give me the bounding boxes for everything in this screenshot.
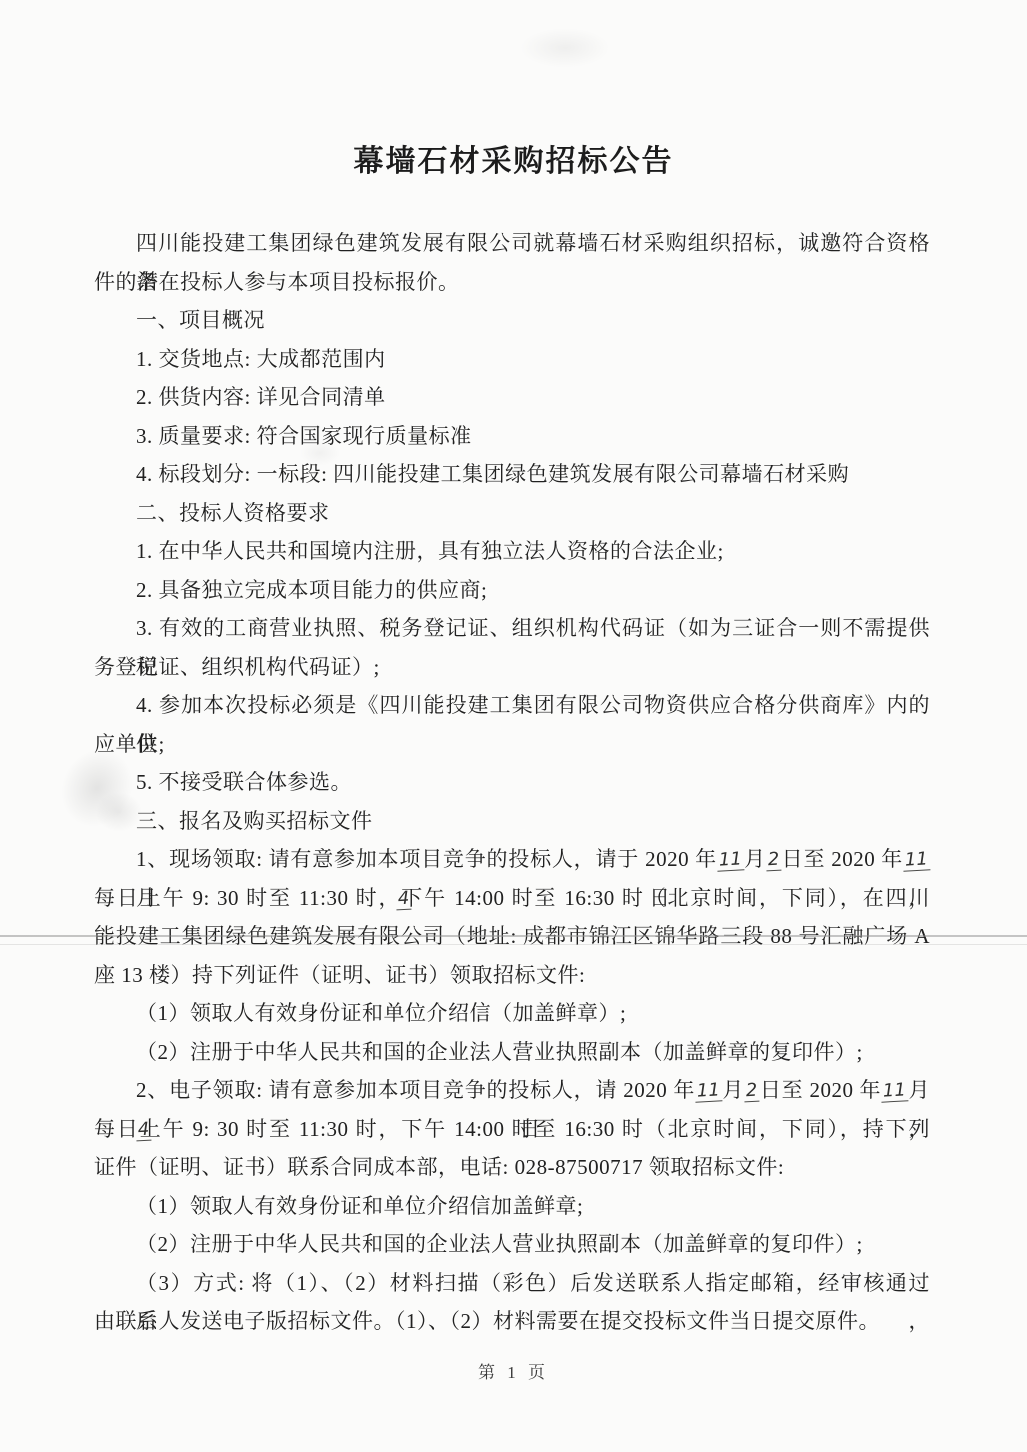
line-text: 一、项目概况	[136, 308, 265, 332]
document-body: 四川能投建工集团绿色建筑发展有限公司就幕墙石材采购组织招标，诚邀符合资格条件的潜…	[94, 224, 930, 1341]
handwritten-date-value: 11	[695, 1081, 723, 1102]
document-line: （1）领取人有效身份证和单位介绍信加盖鲜章;	[94, 1187, 930, 1226]
line-text: 4. 标段划分: 一标段: 四川能投建工集团绿色建筑发展有限公司幕墙石材采购	[136, 462, 849, 486]
line-text: 日至 2020 年	[760, 1078, 882, 1102]
line-text: 1、现场领取: 请有意参加本项目竞争的投标人，请于 2020 年	[136, 847, 717, 871]
document-line: 一、项目概况	[94, 301, 930, 340]
scanned-document-page: 幕墙石材采购招标公告 四川能投建工集团绿色建筑发展有限公司就幕墙石材采购组织招标…	[0, 0, 1027, 1452]
handwritten-date-value: 11	[903, 850, 931, 871]
document-line: 应单位;	[94, 725, 930, 764]
line-text: 2、电子领取: 请有意参加本项目竞争的投标人，请 2020 年	[136, 1078, 695, 1102]
document-line: 能投建工集团绿色建筑发展有限公司（地址: 成都市锦江区锦华路三段 88 号汇融广…	[94, 917, 930, 956]
line-text: 每日上午 9: 30 时至 11:30 时，下午 14:00 时至 16:30 …	[94, 1117, 930, 1141]
line-text: 2. 具备独立完成本项目能力的供应商;	[136, 578, 487, 602]
document-line: 二、投标人资格要求	[94, 494, 930, 533]
line-text: 能投建工集团绿色建筑发展有限公司（地址: 成都市锦江区锦华路三段 88 号汇融广…	[94, 924, 930, 948]
line-text: 座 13 楼）持下列证件（证明、证书）领取招标文件:	[94, 963, 585, 987]
line-text: 1. 在中华人民共和国境内注册，具有独立法人资格的合法企业;	[136, 539, 724, 563]
line-text: 日至 2020 年	[781, 847, 903, 871]
document-line: 座 13 楼）持下列证件（证明、证书）领取招标文件:	[94, 956, 930, 995]
document-line: 务登记证、组织机构代码证）;	[94, 648, 930, 687]
document-line: 1. 交货地点: 大成都范围内	[94, 340, 930, 379]
document-line: 3. 有效的工商营业执照、税务登记证、组织机构代码证（如为三证合一则不需提供税	[94, 609, 930, 648]
line-text: 月	[722, 1078, 744, 1102]
line-text: 月	[744, 847, 766, 871]
handwritten-date-value: 11	[881, 1081, 909, 1102]
line-text: 件的潜在投标人参与本项目投标报价。	[94, 270, 460, 294]
document-line: 件的潜在投标人参与本项目投标报价。	[94, 263, 930, 302]
document-line: 三、报名及购买招标文件	[94, 802, 930, 841]
line-text: （1）领取人有效身份证和单位介绍信加盖鲜章;	[136, 1194, 583, 1218]
document-line: 由联系人发送电子版招标文件。（1）、（2）材料需要在提交投标文件当日提交原件。	[94, 1302, 930, 1341]
line-text: 应单位;	[94, 732, 165, 756]
document-line: 1、现场领取: 请有意参加本项目竞争的投标人，请于 2020 年11月2日至 2…	[94, 840, 930, 879]
handwritten-date-value: 11	[716, 850, 744, 871]
line-text: 每日上午 9: 30 时至 11:30 时，下午 14:00 时至 16:30 …	[94, 886, 930, 910]
handwritten-date-value: 2	[765, 851, 781, 872]
line-text: 务登记证、组织机构代码证）;	[94, 655, 380, 679]
scan-smudge-artifact	[520, 28, 610, 68]
document-line: 3. 质量要求: 符合国家现行质量标准	[94, 417, 930, 456]
document-line: 每日上午 9: 30 时至 11:30 时，下午 14:00 时至 16:30 …	[94, 1110, 930, 1149]
handwritten-date-value: 4	[135, 1120, 151, 1141]
document-line: （3）方式: 将（1）、（2）材料扫描（彩色）后发送联系人指定邮箱，经审核通过后…	[94, 1264, 930, 1303]
line-text: 由联系人发送电子版招标文件。（1）、（2）材料需要在提交投标文件当日提交原件。	[94, 1309, 880, 1333]
line-text: 3. 质量要求: 符合国家现行质量标准	[136, 424, 472, 448]
document-line: 2. 供货内容: 详见合同清单	[94, 378, 930, 417]
line-text: （2）注册于中华人民共和国的企业法人营业执照副本（加盖鲜章的复印件）;	[136, 1040, 863, 1064]
page-number-footer: 第 1 页	[0, 1358, 1027, 1383]
document-line: 2. 具备独立完成本项目能力的供应商;	[94, 571, 930, 610]
document-line: 2、电子领取: 请有意参加本项目竞争的投标人，请 2020 年11月2日至 20…	[94, 1071, 930, 1110]
line-text: 三、报名及购买招标文件	[136, 809, 373, 833]
line-text: 二、投标人资格要求	[136, 501, 330, 525]
document-line: 5. 不接受联合体参选。	[94, 763, 930, 802]
document-line: （2）注册于中华人民共和国的企业法人营业执照副本（加盖鲜章的复印件）;	[94, 1033, 930, 1072]
document-line: 4. 参加本次投标必须是《四川能投建工集团有限公司物资供应合格分供商库》内的供	[94, 686, 930, 725]
line-text: 2. 供货内容: 详见合同清单	[136, 385, 386, 409]
handwritten-date-value: 2	[744, 1082, 760, 1103]
handwritten-date-value: 4	[395, 889, 411, 910]
document-line: 证件（证明、证书）联系合同成本部，电话: 028-87500717 领取招标文件…	[94, 1148, 930, 1187]
document-line: 1. 在中华人民共和国境内注册，具有独立法人资格的合法企业;	[94, 532, 930, 571]
line-text: 5. 不接受联合体参选。	[136, 770, 352, 794]
document-line: 每日上午 9: 30 时至 11:30 时，下午 14:00 时至 16:30 …	[94, 879, 930, 918]
document-line: 4. 标段划分: 一标段: 四川能投建工集团绿色建筑发展有限公司幕墙石材采购	[94, 455, 930, 494]
line-text: 证件（证明、证书）联系合同成本部，电话: 028-87500717 领取招标文件…	[94, 1155, 784, 1179]
line-text: （2）注册于中华人民共和国的企业法人营业执照副本（加盖鲜章的复印件）;	[136, 1232, 863, 1256]
line-text: （1）领取人有效身份证和单位介绍信（加盖鲜章）;	[136, 1001, 626, 1025]
document-line: （1）领取人有效身份证和单位介绍信（加盖鲜章）;	[94, 994, 930, 1033]
document-title: 幕墙石材采购招标公告	[0, 136, 1027, 180]
line-text: 月	[908, 1078, 930, 1102]
line-text: 1. 交货地点: 大成都范围内	[136, 347, 386, 371]
document-line: （2）注册于中华人民共和国的企业法人营业执照副本（加盖鲜章的复印件）;	[94, 1225, 930, 1264]
document-line: 四川能投建工集团绿色建筑发展有限公司就幕墙石材采购组织招标，诚邀符合资格条	[94, 224, 930, 263]
